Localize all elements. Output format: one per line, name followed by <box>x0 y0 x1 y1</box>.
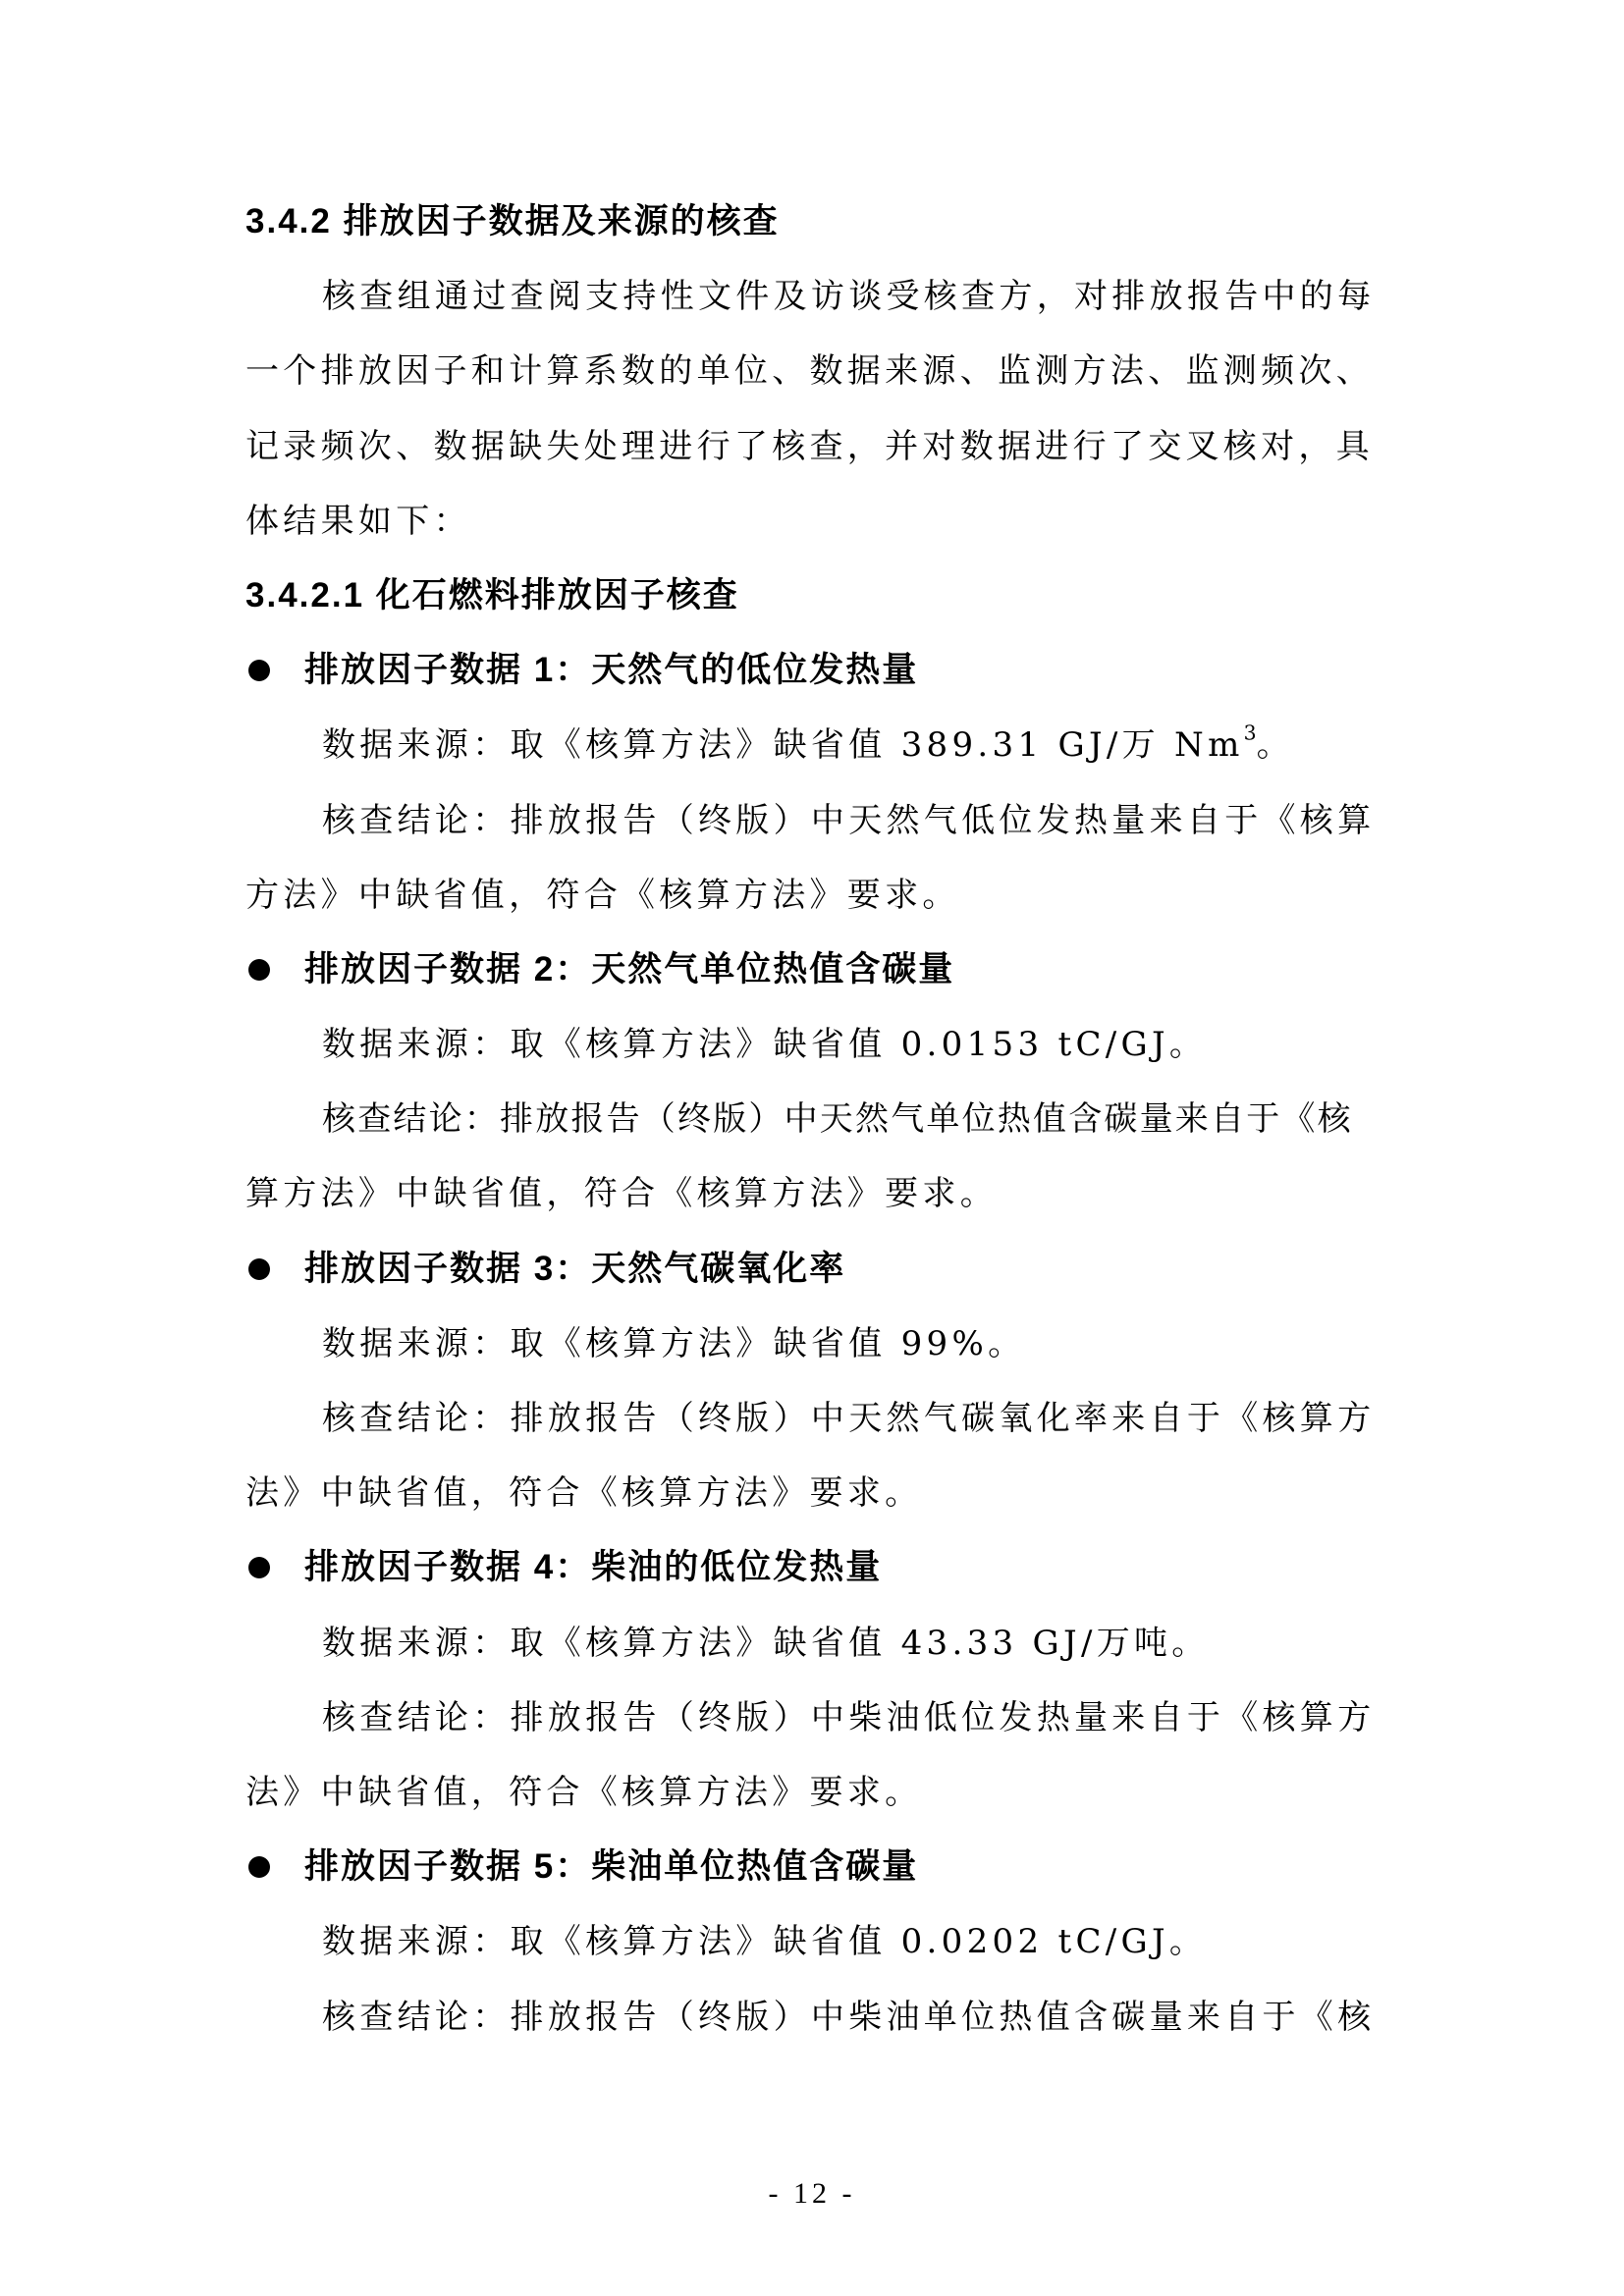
factor-title-text: 排放因子数据 5：柴油单位热值含碳量 <box>304 1847 918 1886</box>
bullet-icon <box>248 1856 270 1878</box>
factor-title: 排放因子数据 1：天然气的低位发热量 <box>245 633 1384 708</box>
bullet-icon <box>248 660 270 681</box>
source-text: 数据来源：取《核算方法》缺省值 389.31 GJ/万 Nm <box>322 725 1244 765</box>
factor-source: 数据来源：取《核算方法》缺省值 389.31 GJ/万 Nm3。 <box>245 708 1384 782</box>
document-page: 3.4.2 排放因子数据及来源的核查 核查组通过查阅支持性文件及访谈受核查方，对… <box>245 185 1384 2055</box>
intro-paragraph-line: 记录频次、数据缺失处理进行了核查，并对数据进行了交叉核对，具 <box>245 409 1384 484</box>
factor-conclusion-line: 算方法》中缺省值，符合《核算方法》要求。 <box>245 1156 1384 1231</box>
bullet-icon <box>248 1557 270 1578</box>
subsection-heading: 3.4.2.1 化石燃料排放因子核查 <box>245 559 1384 633</box>
intro-paragraph-line: 体结果如下： <box>245 484 1384 559</box>
factor-source: 数据来源：取《核算方法》缺省值 99%。 <box>245 1307 1384 1381</box>
factor-conclusion-line: 核查结论：排放报告（终版）中天然气碳氧化率来自于《核算方 <box>245 1381 1384 1456</box>
section-heading: 3.4.2 排放因子数据及来源的核查 <box>245 185 1384 259</box>
factor-title: 排放因子数据 2：天然气单位热值含碳量 <box>245 933 1384 1007</box>
superscript: 3 <box>1244 721 1257 745</box>
factor-conclusion-line: 方法》中缺省值，符合《核算方法》要求。 <box>245 858 1384 933</box>
factor-title-text: 排放因子数据 2：天然气单位热值含碳量 <box>304 950 954 988</box>
factor-title-text: 排放因子数据 1：天然气的低位发热量 <box>304 651 918 689</box>
factor-title: 排放因子数据 3：天然气碳氧化率 <box>245 1232 1384 1307</box>
factor-title: 排放因子数据 4：柴油的低位发热量 <box>245 1530 1384 1605</box>
factor-source: 数据来源：取《核算方法》缺省值 0.0202 tC/GJ。 <box>245 1904 1384 1979</box>
factor-title-text: 排放因子数据 4：柴油的低位发热量 <box>304 1548 882 1586</box>
factor-conclusion-line: 核查结论：排放报告（终版）中天然气低位发热量来自于《核算 <box>245 783 1384 858</box>
intro-paragraph-line: 核查组通过查阅支持性文件及访谈受核查方，对排放报告中的每 <box>245 259 1384 334</box>
factor-title-text: 排放因子数据 3：天然气碳氧化率 <box>304 1250 845 1288</box>
factor-conclusion-line: 核查结论：排放报告（终版）中柴油低位发热量来自于《核算方 <box>245 1681 1384 1755</box>
factor-conclusion-line: 核查结论：排放报告（终版）中柴油单位热值含碳量来自于《核 <box>245 1980 1384 2055</box>
factor-title: 排放因子数据 5：柴油单位热值含碳量 <box>245 1830 1384 1904</box>
source-end: 。 <box>1257 725 1294 765</box>
factor-conclusion-line: 核查结论：排放报告（终版）中天然气单位热值含碳量来自于《核 <box>245 1082 1384 1156</box>
bullet-icon <box>248 1258 270 1280</box>
factor-conclusion-line: 法》中缺省值，符合《核算方法》要求。 <box>245 1755 1384 1830</box>
factor-source: 数据来源：取《核算方法》缺省值 0.0153 tC/GJ。 <box>245 1007 1384 1082</box>
factor-conclusion-line: 法》中缺省值，符合《核算方法》要求。 <box>245 1456 1384 1530</box>
bullet-icon <box>248 959 270 981</box>
intro-paragraph-line: 一个排放因子和计算系数的单位、数据来源、监测方法、监测频次、 <box>245 334 1384 408</box>
factor-source: 数据来源：取《核算方法》缺省值 43.33 GJ/万吨。 <box>245 1606 1384 1681</box>
page-number: - 12 - <box>0 2177 1624 2211</box>
